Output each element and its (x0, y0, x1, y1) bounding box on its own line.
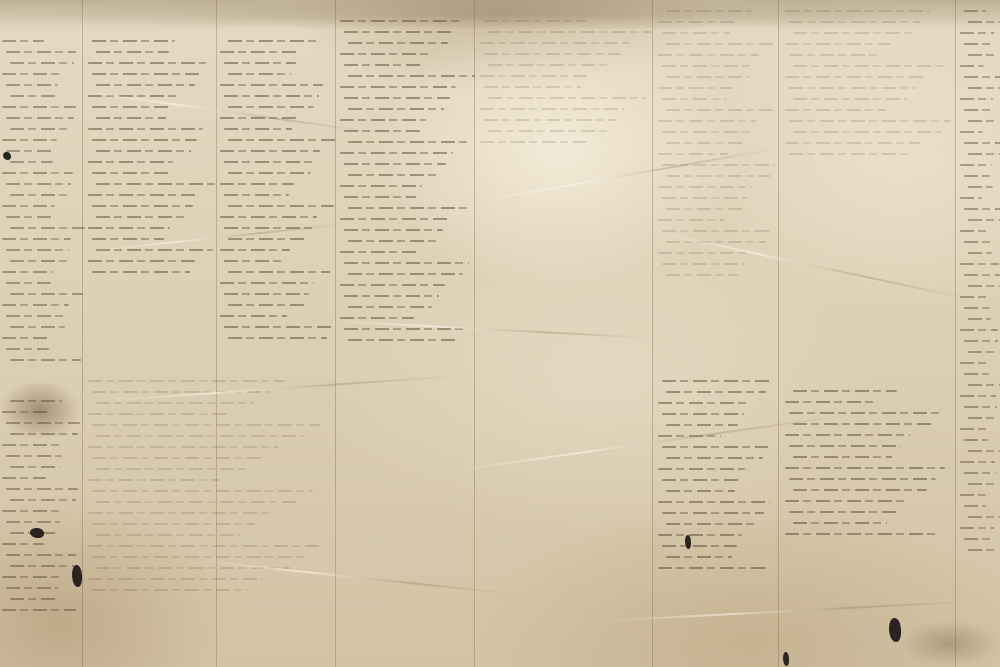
handwriting-line (6, 249, 69, 251)
handwriting-line (220, 216, 317, 218)
handwriting-line (662, 197, 747, 199)
handwriting-line (662, 230, 771, 232)
handwriting-line (960, 197, 982, 199)
handwriting-line (658, 153, 728, 155)
handwriting-line (789, 87, 916, 89)
handwriting-line (348, 108, 444, 110)
handwriting-line (96, 402, 254, 404)
handwriting-line (2, 510, 62, 512)
handwriting-line (88, 380, 285, 382)
handwriting-line (960, 65, 984, 67)
handwriting-line (964, 406, 997, 408)
handwriting-line (960, 461, 995, 463)
handwriting-line (968, 417, 998, 419)
handwriting-line (88, 128, 203, 130)
handwriting-line (6, 183, 71, 185)
handwriting-line (96, 216, 188, 218)
handwriting-block (340, 20, 468, 350)
stain (0, 0, 1000, 30)
handwriting-line (793, 98, 907, 100)
column-rule (955, 0, 956, 667)
handwriting-line (6, 117, 74, 119)
handwriting-line (488, 130, 607, 132)
handwriting-line (92, 172, 168, 174)
handwriting-line (348, 273, 463, 275)
handwriting-line (789, 412, 941, 414)
handwriting-line (666, 424, 738, 426)
handwriting-line (6, 315, 67, 317)
handwriting-line (658, 219, 725, 221)
handwriting-line (6, 488, 78, 490)
handwriting-line (968, 21, 1000, 23)
handwriting-line (785, 109, 886, 111)
handwriting-line (785, 43, 891, 45)
handwriting-block (960, 10, 1000, 560)
handwriting-line (96, 468, 247, 470)
handwriting-line (96, 501, 298, 503)
handwriting-line (789, 120, 951, 122)
handwriting-line (340, 53, 430, 55)
handwriting-line (793, 456, 892, 458)
handwriting-line (6, 150, 55, 152)
handwriting-line (968, 483, 997, 485)
handwriting-line (666, 241, 766, 243)
ink-blot (685, 535, 691, 549)
handwriting-line (480, 42, 630, 44)
handwriting-line (96, 51, 169, 53)
handwriting-line (92, 556, 306, 558)
handwriting-line (488, 31, 651, 33)
handwriting-line (344, 64, 423, 66)
handwriting-line (2, 304, 69, 306)
handwriting-line (964, 109, 994, 111)
handwriting-line (785, 467, 945, 469)
handwriting-line (666, 43, 776, 45)
handwriting-line (666, 208, 742, 210)
handwriting-line (662, 98, 726, 100)
handwriting-line (964, 43, 995, 45)
handwriting-block (658, 380, 773, 578)
handwriting-line (6, 216, 53, 218)
handwriting-line (658, 402, 749, 404)
handwriting-line (10, 499, 76, 501)
ink-blot (889, 618, 901, 642)
handwriting-line (480, 108, 625, 110)
handwriting-line (344, 328, 466, 330)
handwriting-line (964, 175, 992, 177)
handwriting-line (793, 423, 932, 425)
handwriting-line (964, 472, 996, 474)
handwriting-line (88, 413, 227, 415)
handwriting-line (2, 609, 76, 611)
handwriting-line (658, 468, 745, 470)
handwriting-line (658, 54, 759, 56)
handwriting-line (662, 380, 771, 382)
handwriting-line (10, 194, 69, 196)
handwriting-line (344, 262, 469, 264)
handwriting-line (658, 252, 749, 254)
handwriting-line (96, 534, 240, 536)
handwriting-line (92, 205, 193, 207)
handwriting-line (340, 152, 453, 154)
handwriting-line (789, 54, 881, 56)
handwriting-line (2, 444, 64, 446)
handwriting-line (793, 390, 897, 392)
handwriting-line (10, 260, 67, 262)
handwriting-line (2, 73, 60, 75)
handwriting-line (96, 150, 191, 152)
handwriting-line (10, 359, 81, 361)
ink-blot (30, 528, 44, 538)
handwriting-line (228, 304, 304, 306)
handwriting-line (666, 391, 766, 393)
handwriting-line (92, 73, 201, 75)
handwriting-line (340, 185, 422, 187)
handwriting-line (785, 533, 940, 535)
handwriting-line (92, 40, 175, 42)
handwriting-line (484, 86, 581, 88)
handwriting-line (964, 505, 986, 507)
handwriting-line (968, 285, 1000, 287)
handwriting-line (92, 523, 255, 525)
handwriting-line (960, 230, 990, 232)
handwriting-line (6, 348, 49, 350)
handwriting-line (348, 75, 475, 77)
handwriting-line (92, 490, 313, 492)
handwriting-line (968, 351, 999, 353)
handwriting-line (96, 183, 217, 185)
handwriting-line (666, 142, 745, 144)
handwriting-line (224, 62, 296, 64)
handwriting-line (344, 229, 443, 231)
handwriting-line (662, 131, 751, 133)
handwriting-line (964, 208, 1000, 210)
handwriting-block (785, 10, 950, 164)
handwriting-line (88, 227, 170, 229)
handwriting-line (2, 576, 60, 578)
handwriting-line (88, 194, 199, 196)
handwriting-line (968, 450, 1000, 452)
handwriting-line (2, 106, 76, 108)
ink-blot (72, 565, 82, 587)
handwriting-line (348, 141, 471, 143)
handwriting-line (92, 238, 164, 240)
handwriting-line (88, 479, 220, 481)
handwriting-line (666, 175, 770, 177)
handwriting-line (6, 521, 60, 523)
handwriting-line (793, 131, 942, 133)
handwriting-line (785, 142, 920, 144)
handwriting-line (968, 252, 992, 254)
handwriting-line (789, 445, 901, 447)
handwriting-line (220, 282, 314, 284)
handwriting-line (968, 549, 996, 551)
handwriting-line (10, 128, 72, 130)
handwriting-line (340, 284, 445, 286)
handwriting-line (340, 86, 456, 88)
handwriting-line (662, 446, 768, 448)
handwriting-line (340, 317, 414, 319)
handwriting-line (960, 131, 983, 133)
handwriting-line (348, 240, 436, 242)
handwriting-line (10, 227, 85, 229)
aged-newspaper-texture (0, 0, 1000, 667)
handwriting-line (10, 326, 65, 328)
handwriting-line (92, 139, 197, 141)
handwriting-line (488, 64, 612, 66)
handwriting-line (88, 62, 206, 64)
column-rule (652, 0, 653, 667)
handwriting-line (88, 260, 195, 262)
handwriting-line (793, 489, 927, 491)
handwriting-line (88, 161, 173, 163)
handwriting-block (220, 40, 330, 348)
handwriting-line (964, 241, 991, 243)
handwriting-line (960, 395, 996, 397)
handwriting-line (10, 565, 74, 567)
handwriting-line (793, 522, 887, 524)
column-rule (335, 0, 336, 667)
handwriting-line (960, 494, 986, 496)
handwriting-line (228, 139, 337, 141)
handwriting-line (484, 53, 621, 55)
handwriting-line (964, 373, 989, 375)
handwriting-line (6, 84, 58, 86)
handwriting-line (960, 527, 994, 529)
handwriting-line (344, 196, 416, 198)
handwriting-block (88, 380, 328, 600)
handwriting-line (224, 326, 332, 328)
handwriting-line (964, 439, 988, 441)
handwriting-line (220, 249, 290, 251)
handwriting-line (340, 218, 449, 220)
handwriting-line (228, 172, 311, 174)
handwriting-line (96, 117, 166, 119)
handwriting-line (658, 87, 732, 89)
handwriting-line (964, 274, 1000, 276)
handwriting-line (228, 337, 327, 339)
handwriting-line (488, 97, 646, 99)
handwriting-line (224, 194, 289, 196)
handwriting-line (92, 589, 248, 591)
handwriting-line (662, 479, 740, 481)
handwriting-line (960, 362, 988, 364)
handwriting-line (344, 31, 454, 33)
handwriting-line (789, 153, 911, 155)
handwriting-line (348, 306, 432, 308)
handwriting-line (480, 141, 586, 143)
handwriting-line (964, 340, 998, 342)
handwriting-line (666, 274, 738, 276)
handwriting-line (666, 523, 759, 525)
handwriting-line (88, 512, 270, 514)
handwriting-line (658, 501, 770, 503)
handwriting-line (662, 545, 737, 547)
handwriting-line (220, 183, 294, 185)
handwriting-block (2, 40, 78, 370)
handwriting-line (228, 205, 334, 207)
handwriting-line (10, 62, 74, 64)
handwriting-line (220, 51, 300, 53)
handwriting-line (785, 434, 910, 436)
handwriting-line (785, 401, 876, 403)
handwriting-line (964, 307, 990, 309)
handwriting-line (960, 164, 992, 166)
handwriting-line (964, 538, 995, 540)
handwriting-line (228, 238, 307, 240)
handwriting-line (10, 598, 56, 600)
handwriting-line (224, 260, 286, 262)
handwriting-line (344, 97, 450, 99)
handwriting-line (348, 174, 440, 176)
handwriting-line (220, 315, 287, 317)
handwriting-line (484, 119, 616, 121)
handwriting-line (658, 120, 756, 122)
handwriting-line (344, 295, 439, 297)
column-rule (82, 0, 83, 667)
handwriting-line (228, 40, 317, 42)
handwriting-line (789, 511, 896, 513)
handwriting-line (968, 87, 1000, 89)
handwriting-line (2, 337, 51, 339)
handwriting-line (960, 98, 993, 100)
stain (900, 620, 1000, 667)
handwriting-line (224, 293, 309, 295)
handwriting-line (968, 384, 1000, 386)
handwriting-line (662, 512, 764, 514)
handwriting-line (224, 95, 319, 97)
ink-blot (783, 652, 789, 666)
handwriting-line (96, 84, 195, 86)
handwriting-line (6, 554, 76, 556)
handwriting-line (348, 207, 467, 209)
handwriting-line (2, 40, 44, 42)
handwriting-line (10, 293, 83, 295)
handwriting-line (662, 32, 730, 34)
handwriting-line (968, 54, 996, 56)
handwriting-line (666, 457, 763, 459)
handwriting-line (228, 106, 314, 108)
handwriting-line (2, 477, 46, 479)
column-rule (778, 0, 779, 667)
handwriting-line (666, 76, 749, 78)
handwriting-line (220, 84, 323, 86)
handwriting-line (2, 271, 53, 273)
handwriting-line (88, 578, 263, 580)
handwriting-line (88, 446, 278, 448)
handwriting-block (785, 390, 950, 544)
handwriting-line (96, 435, 305, 437)
ink-blot (3, 152, 11, 160)
handwriting-line (662, 263, 744, 265)
handwriting-line (344, 163, 446, 165)
handwriting-line (964, 76, 1000, 78)
handwriting-line (666, 490, 735, 492)
handwriting-line (960, 329, 998, 331)
column-rule (474, 0, 475, 667)
handwriting-line (968, 318, 991, 320)
handwriting-line (480, 75, 591, 77)
handwriting-line (968, 120, 994, 122)
handwriting-line (658, 534, 742, 536)
handwriting-line (666, 556, 732, 558)
handwriting-line (224, 161, 315, 163)
handwriting-line (2, 543, 44, 545)
handwriting-line (793, 65, 946, 67)
handwriting-line (6, 587, 58, 589)
handwriting-line (220, 150, 320, 152)
handwriting-line (6, 51, 76, 53)
handwriting-line (960, 428, 987, 430)
handwriting-line (340, 251, 418, 253)
handwriting-line (968, 516, 1000, 518)
handwriting-line (662, 65, 754, 67)
handwriting-line (10, 161, 53, 163)
handwriting-line (785, 500, 905, 502)
handwriting-line (666, 109, 773, 111)
handwriting-line (2, 205, 55, 207)
handwriting-line (228, 73, 291, 75)
handwriting-line (960, 32, 994, 34)
handwriting-line (968, 153, 1000, 155)
handwriting-line (224, 128, 292, 130)
handwriting-line (968, 219, 1000, 221)
handwriting-line (92, 424, 320, 426)
crease (600, 600, 980, 622)
handwriting-line (228, 271, 330, 273)
handwriting-line (785, 76, 925, 78)
handwriting-line (2, 238, 71, 240)
handwriting-line (92, 271, 190, 273)
handwriting-line (658, 567, 766, 569)
handwriting-line (964, 142, 1000, 144)
handwriting-line (662, 413, 744, 415)
handwriting-block (480, 20, 645, 152)
handwriting-line (960, 263, 999, 265)
handwriting-line (968, 186, 993, 188)
handwriting-line (658, 186, 752, 188)
handwriting-line (92, 106, 171, 108)
handwriting-line (88, 545, 321, 547)
handwriting-line (6, 455, 62, 457)
handwriting-line (92, 457, 262, 459)
handwriting-line (6, 282, 51, 284)
handwriting-line (793, 32, 912, 34)
handwriting-line (340, 119, 426, 121)
handwriting-line (348, 42, 448, 44)
handwriting-line (2, 139, 57, 141)
handwriting-line (348, 339, 459, 341)
handwriting-line (789, 478, 936, 480)
handwriting-line (10, 95, 56, 97)
handwriting-line (2, 172, 73, 174)
stain (0, 380, 80, 440)
handwriting-line (10, 466, 60, 468)
